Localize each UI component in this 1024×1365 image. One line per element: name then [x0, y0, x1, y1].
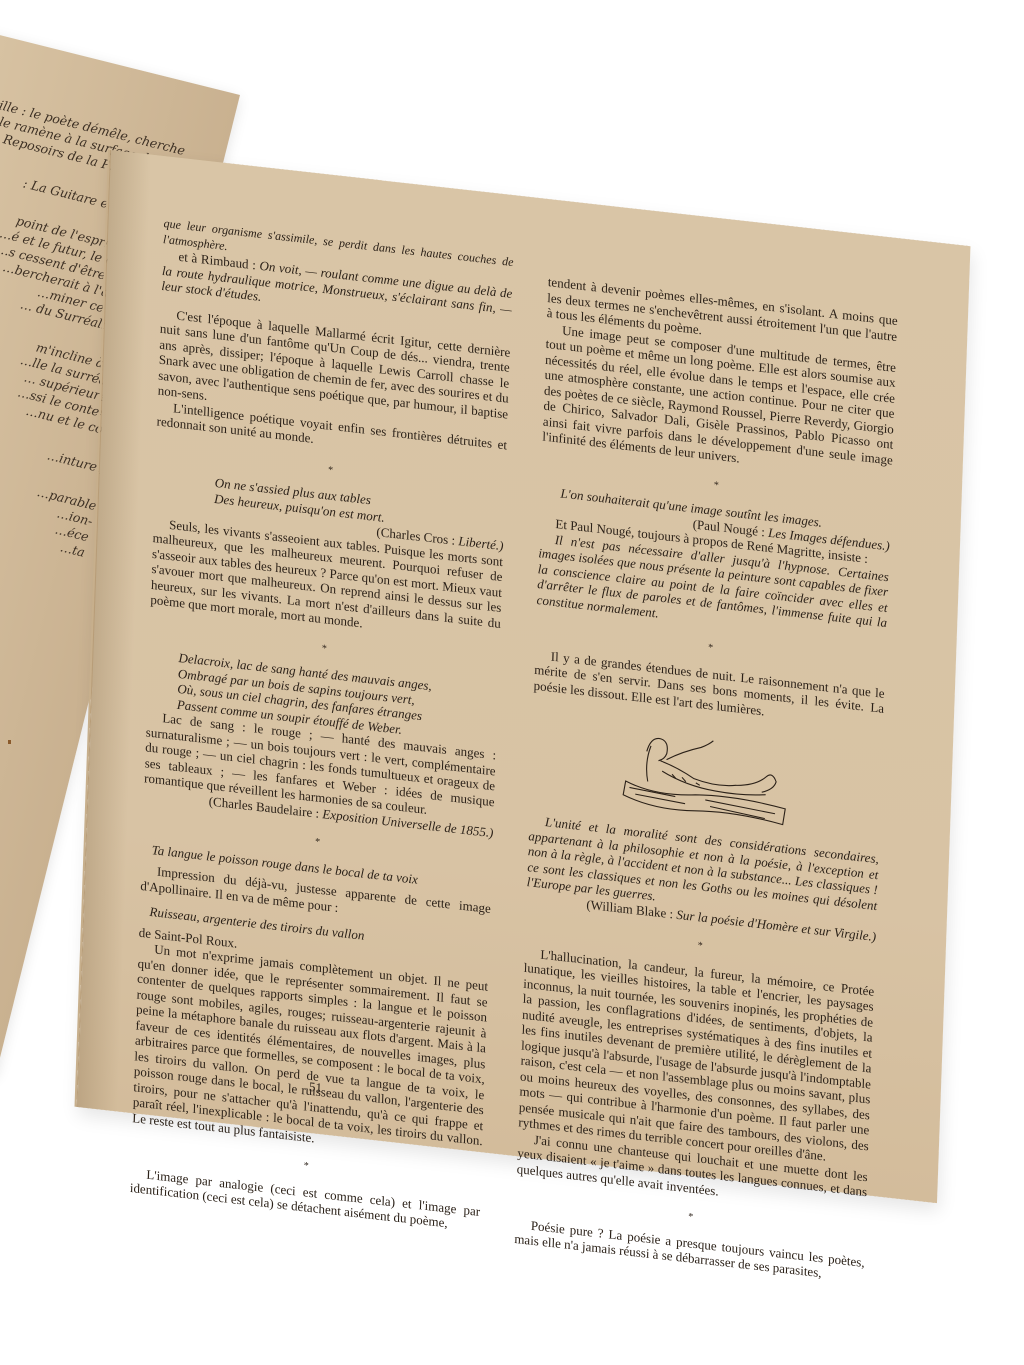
photo-stage: tranquille : le poète démêle, cherche…br… — [0, 0, 1024, 1365]
staple-mark — [8, 740, 11, 744]
page-number: 51 — [309, 1079, 323, 1096]
text-column-right: tendent à devenir poèmes elles-mêmes, en… — [514, 274, 898, 1285]
woodcut-illustration-icon — [615, 720, 798, 830]
paragraph: Un mot n'exprime jamais complètement un … — [132, 940, 488, 1165]
right-page: que leur organisme s'assimile, se perdit… — [76, 150, 970, 1203]
paragraph: L'hallucination, la candeur, la fureur, … — [518, 944, 874, 1169]
